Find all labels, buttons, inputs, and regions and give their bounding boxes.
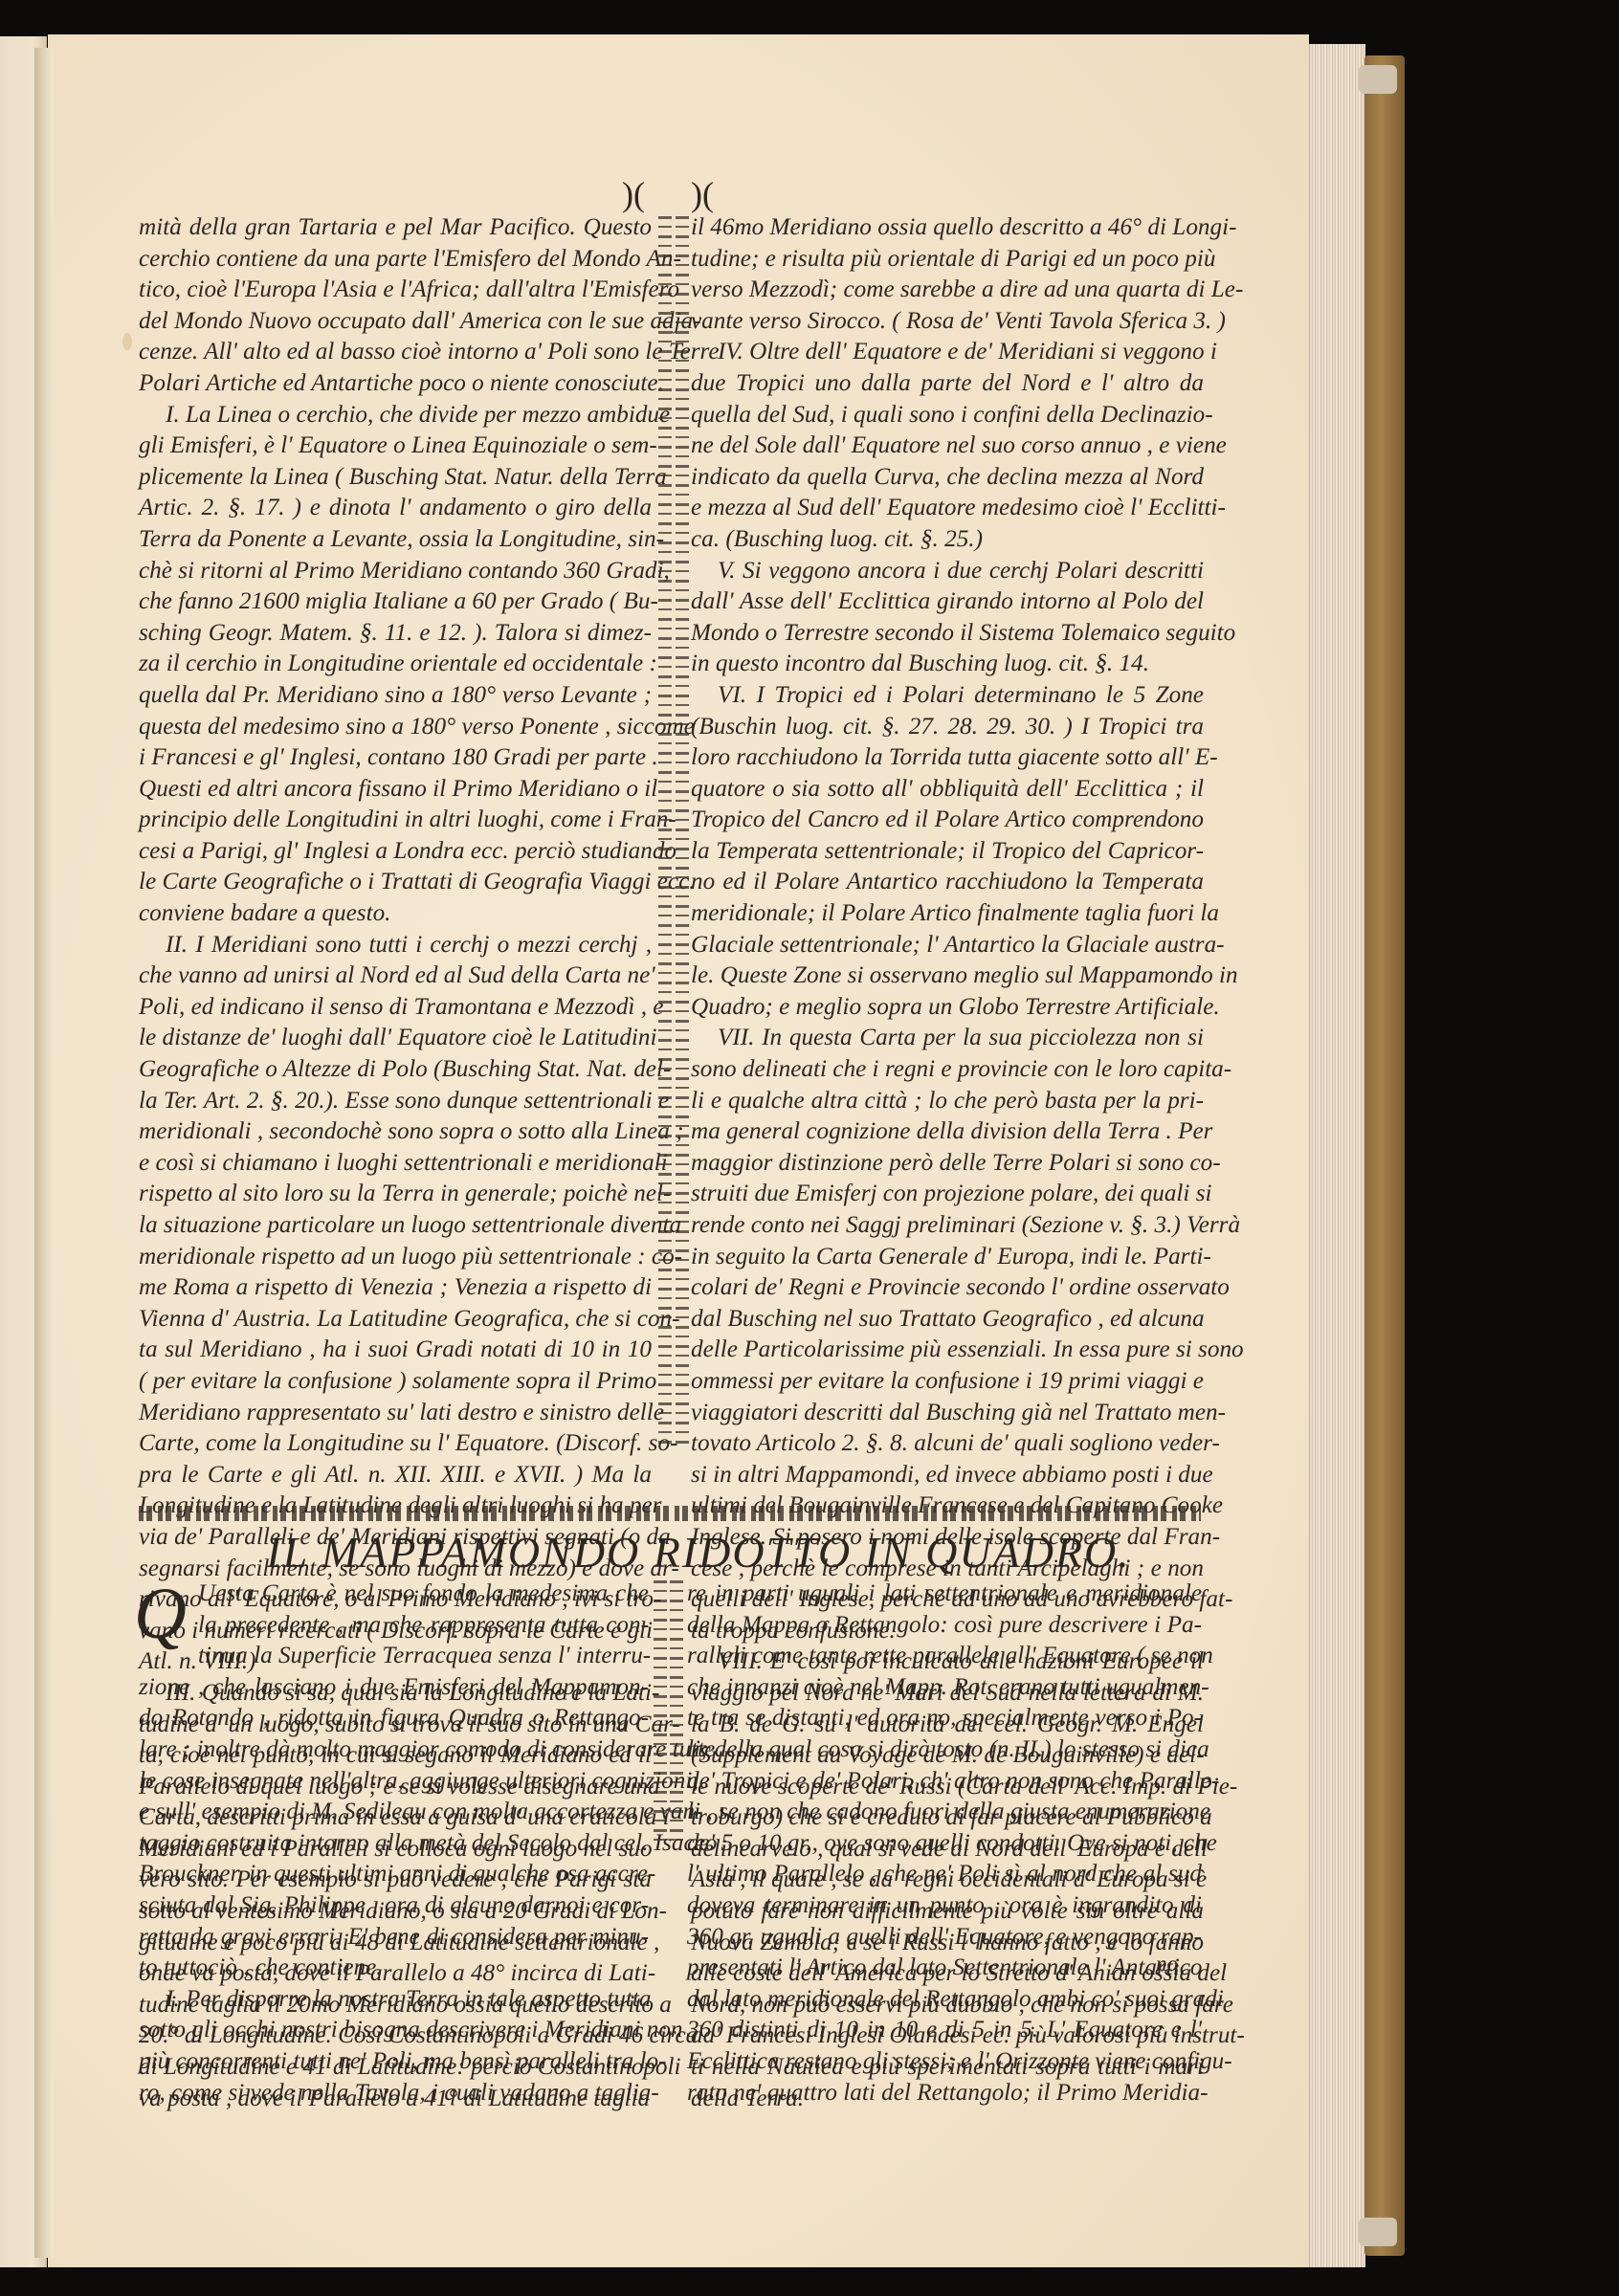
text-line: meridionale rispetto ad un luogo più set… bbox=[139, 1242, 652, 1273]
vertical-ornament-rule bbox=[654, 1580, 667, 1848]
text-line: si in altri Mappamondi, ed invece abbiam… bbox=[691, 1460, 1204, 1491]
text-line: re in parti uguali i lati settentrionale… bbox=[687, 1578, 1202, 1610]
text-line: Mondo o Terrestre secondo il Sistema Tol… bbox=[691, 618, 1204, 650]
text-line: che vanno ad unirsi al Nord ed al Sud de… bbox=[139, 960, 652, 992]
text-line: I. La Linea o cerchio, che divide per me… bbox=[139, 400, 652, 431]
text-line: I. Per disporre la nostra Terra in tale … bbox=[139, 1984, 649, 2016]
vertical-ornament-rule bbox=[658, 216, 672, 1446]
text-line: meridionali , secondochè sono sopra o so… bbox=[139, 1116, 652, 1148]
text-line: te tra se distanti, ed ora no, specialme… bbox=[687, 1703, 1202, 1734]
text-line: viaggiatori descritti dal Busching già n… bbox=[691, 1398, 1204, 1429]
leather-binding bbox=[1364, 55, 1405, 2256]
text-line: 360 gr. uguali a quelli dell' Equatore, … bbox=[687, 1922, 1202, 1954]
text-line: dal Busching nel suo Trattato Geografico… bbox=[691, 1304, 1204, 1336]
binding-headcap bbox=[1359, 65, 1397, 94]
text-line: ta sul Meridiano , ha i suoi Gradi notat… bbox=[139, 1335, 652, 1366]
text-line: tovato Articolo 2. §. 8. alcuni de' qual… bbox=[691, 1428, 1204, 1460]
text-line: li; della qual cosa si dirà tosto (n. II… bbox=[687, 1734, 1202, 1766]
text-line: plicemente la Linea ( Busching Stat. Nat… bbox=[139, 462, 652, 494]
text-line: to tuttociò , che contiene. bbox=[139, 1953, 649, 1984]
text-line: indicato da quella Curva, che declina me… bbox=[691, 462, 1204, 494]
text-line: sciuta dal Sig. Philippe , ora di alcune… bbox=[139, 1890, 649, 1922]
text-line: ro, come si vede nella Tavola, i quali v… bbox=[139, 2078, 649, 2109]
text-line: II. I Meridiani sono tutti i cerchj o me… bbox=[139, 930, 652, 961]
text-line: ne del Sole dall' Equatore nel suo corso… bbox=[691, 430, 1204, 462]
text-line: cesi a Parigi, gl' Inglesi a Londra ecc.… bbox=[139, 836, 652, 868]
text-line: li e qualche altra città ; lo che però b… bbox=[691, 1086, 1204, 1117]
text-line: tinua la Superficie Terracquea senza l' … bbox=[139, 1641, 649, 1672]
text-line: la Ter. Art. 2. §. 20.). Esse sono dunqu… bbox=[139, 1086, 652, 1117]
text-line: che innanzi cioè nel Mapp. Rot. erano tu… bbox=[687, 1672, 1202, 1704]
text-line: cerchio contiene da una parte l'Emisfero… bbox=[139, 244, 652, 276]
text-line: doveva terminare in un punto , ora è ing… bbox=[687, 1890, 1202, 1922]
text-line: principio delle Longitudini in altri luo… bbox=[139, 805, 652, 836]
text-line: rende conto nei Saggj preliminari (Sezio… bbox=[691, 1210, 1204, 1242]
text-line: le distanze de' luoghi dall' Equatore ci… bbox=[139, 1023, 652, 1054]
text-line: mità della gran Tartaria e pel Mar Pacif… bbox=[139, 212, 652, 244]
text-line: loro racchiudono la Torrida tutta giacen… bbox=[691, 742, 1204, 774]
text-line: quella del Sud, i quali sono i confini d… bbox=[691, 400, 1204, 431]
text-line: e così si chiamano i luoghi settentriona… bbox=[139, 1148, 652, 1180]
text-line: zione , che lasciano i due Emisferi del … bbox=[139, 1672, 649, 1704]
text-line: Terra da Ponente a Levante, ossia la Lon… bbox=[139, 524, 652, 556]
text-line: che fanno 21600 miglia Italiane a 60 per… bbox=[139, 586, 652, 618]
text-line: Ecclittica restano gli stessi; e l' Oriz… bbox=[687, 2046, 1202, 2078]
text-line: Poli, ed indicano il senso di Tramontana… bbox=[139, 992, 652, 1024]
text-line: quella dal Pr. Meridiano sino a 180° ver… bbox=[139, 680, 652, 712]
text-line: quatore o sia sotto all' obbliquità dell… bbox=[691, 774, 1204, 806]
text-line: la Temperata settentrionale; il Tropico … bbox=[691, 836, 1204, 868]
text-line: le. Queste Zone si osservano meglio sul … bbox=[691, 960, 1204, 992]
text-line: i Francesi e gl' Inglesi, contano 180 Gr… bbox=[139, 742, 652, 774]
vertical-ornament-rule bbox=[676, 216, 689, 1446]
text-line: Glaciale settentrionale; l' Antartico la… bbox=[691, 930, 1204, 961]
page-stack-edge bbox=[1309, 44, 1365, 2267]
text-line: (Buschin luog. cit. §. 27. 28. 29. 30. )… bbox=[691, 712, 1204, 743]
text-line: le cose insegnate nell'altra, aggiunge u… bbox=[139, 1766, 649, 1798]
text-line: e mezza al Sud dell' Equatore medesimo c… bbox=[691, 493, 1204, 524]
text-line: taggio costruita intorno alla metà del S… bbox=[139, 1828, 649, 1860]
text-line: ralleli come tante rette parallele all' … bbox=[687, 1641, 1202, 1672]
text-line: della Mappa o Rettangolo: così pure desc… bbox=[687, 1610, 1202, 1642]
text-line: Quadro; e meglio sopra un Globo Terrestr… bbox=[691, 992, 1204, 1024]
text-line: e sull' esempio di M. Sedileau con molta… bbox=[139, 1797, 649, 1828]
text-line: li , se non che cadono fuori della giust… bbox=[687, 1797, 1202, 1828]
text-line: retta da gravi errori. E' bene di consid… bbox=[139, 1922, 649, 1954]
binding-tailcap bbox=[1359, 2218, 1397, 2246]
text-line: struiti due Emisferj con projezione pola… bbox=[691, 1179, 1204, 1210]
text-line: in questo incontro dal Busching luog. ci… bbox=[691, 649, 1204, 680]
text-line: IV. Oltre dell' Equatore e de' Meridiani… bbox=[691, 337, 1204, 368]
text-line: l' ultimo Parallelo , che ne' Poli sì al… bbox=[687, 1859, 1202, 1890]
text-line: delle Particolarissime più essenziali. I… bbox=[691, 1335, 1204, 1366]
text-line: de' Tropici e de' Polari, ch' altro non … bbox=[687, 1766, 1202, 1798]
catchword: no bbox=[1156, 1952, 1178, 1976]
text-line: il 46mo Meridiano ossia quello descritto… bbox=[691, 212, 1204, 244]
text-line: VII. In questa Carta per la sua picciole… bbox=[691, 1023, 1204, 1054]
text-line: pra le Carte e gli Atl. n. XII. XIII. e … bbox=[139, 1460, 652, 1491]
page-gutter bbox=[34, 48, 54, 2258]
text-line: tico, cioè l'Europa l'Asia e l'Africa; d… bbox=[139, 275, 652, 306]
text-line: za il cerchio in Longitudine orientale e… bbox=[139, 649, 652, 680]
text-line: ma general cognizione della division del… bbox=[691, 1116, 1204, 1148]
text-line: sching Geogr. Matem. §. 11. e 12. ). Tal… bbox=[139, 618, 652, 650]
text-line: conviene badare a questo. bbox=[139, 898, 652, 930]
text-line: V. Si veggono ancora i due cerchj Polari… bbox=[691, 556, 1204, 587]
text-line: Meridiano rappresentato su' lati destro … bbox=[139, 1398, 652, 1429]
text-line: no ed il Polare Antartico racchiudono la… bbox=[691, 867, 1204, 898]
text-line: verso Mezzodì; come sarebbe a dire ad un… bbox=[691, 275, 1204, 306]
text-line: presentati l' Artico dal lato Settentrio… bbox=[687, 1953, 1202, 1984]
text-line: do Rotondo , ridotta in figura Quadra o … bbox=[139, 1703, 649, 1734]
text-line: ( per evitare la confusione ) solamente … bbox=[139, 1366, 652, 1398]
vertical-ornament-rule bbox=[670, 1580, 683, 1848]
text-line: sotto gli occhi nostri bisogna descriver… bbox=[139, 2015, 649, 2046]
bottom-left-column: Uesta Carta è nel suo fondo la medesima … bbox=[139, 1578, 649, 2108]
text-line: la precedente , ma che rappresenta tutta… bbox=[139, 1610, 649, 1642]
text-line: tudine; e risulta più orientale di Parig… bbox=[691, 244, 1204, 276]
text-line: Vienna d' Austria. La Latitudine Geograf… bbox=[139, 1304, 652, 1336]
section-mark-right: )( bbox=[691, 174, 714, 214]
text-line: me Roma a rispetto di Venezia ; Venezia … bbox=[139, 1272, 652, 1304]
section-heading: IL MAPPAMONDO RIDOTTO IN QUADRO. bbox=[220, 1527, 1177, 1578]
text-line: sono delineati che i regni e provincie c… bbox=[691, 1054, 1204, 1086]
text-line: ca. (Busching luog. cit. §. 25.) bbox=[691, 524, 1204, 556]
text-line: cenze. All' alto ed al basso cioè intorn… bbox=[139, 337, 652, 368]
text-line: la situazione particolare un luogo sette… bbox=[139, 1210, 652, 1242]
text-line: Geografiche o Altezze di Polo (Busching … bbox=[139, 1054, 652, 1086]
text-line: rispetto al sito loro su la Terra in gen… bbox=[139, 1179, 652, 1210]
text-line: chè si ritorni al Primo Meridiano contan… bbox=[139, 556, 652, 587]
text-line: Brouckner, in questi ultimi anni di qual… bbox=[139, 1859, 649, 1890]
text-line: Uesta Carta è nel suo fondo la medesima … bbox=[139, 1578, 649, 1610]
horizontal-ornament-rule bbox=[139, 1506, 1201, 1521]
bottom-right-column: re in parti uguali i lati settentrionale… bbox=[687, 1578, 1202, 2108]
text-line: del Mondo Nuovo occupato dall' America c… bbox=[139, 306, 652, 338]
text-line: dal lato meridionale del Rettangolo ambi… bbox=[687, 1984, 1202, 2016]
text-line: Polari Artiche ed Antartiche poco o nien… bbox=[139, 368, 652, 400]
text-line: questa del medesimo sino a 180° verso Po… bbox=[139, 712, 652, 743]
text-line: maggior distinzione però delle Terre Pol… bbox=[691, 1148, 1204, 1180]
paper-stain bbox=[122, 333, 132, 350]
text-line: meridionale; il Polare Artico finalmente… bbox=[691, 898, 1204, 930]
text-line: in seguito la Carta Generale d' Europa, … bbox=[691, 1242, 1204, 1273]
text-line: gli Emisferi, è l' Equatore o Linea Equi… bbox=[139, 430, 652, 462]
text-line: Carte, come la Longitudine su l' Equator… bbox=[139, 1428, 652, 1460]
text-line: vante verso Sirocco. ( Rosa de' Venti Ta… bbox=[691, 306, 1204, 338]
text-line: Questi ed altri ancora fissano il Primo … bbox=[139, 774, 652, 806]
text-line: VI. I Tropici ed i Polari determinano le… bbox=[691, 680, 1204, 712]
text-line: più concorrenti tutti ne' Poli, ma bensì… bbox=[139, 2046, 649, 2078]
text-line: ommessi per evitare la confusione i 19 p… bbox=[691, 1366, 1204, 1398]
text-line: dall' Asse dell' Ecclittica girando into… bbox=[691, 586, 1204, 618]
text-line: lare ; inoltre dà molto maggior comodo d… bbox=[139, 1734, 649, 1766]
text-line: Tropico del Cancro ed il Polare Artico c… bbox=[691, 805, 1204, 836]
section-mark-left: )( bbox=[622, 174, 645, 214]
text-line: rato ne' quattro lati del Rettangolo; il… bbox=[687, 2078, 1202, 2109]
text-line: due Tropici uno dalla parte del Nord e l… bbox=[691, 368, 1204, 400]
text-line: Artic. 2. §. 17. ) e dinota l' andamento… bbox=[139, 493, 652, 524]
text-line: le Carte Geografiche o i Trattati di Geo… bbox=[139, 867, 652, 898]
text-line: de' 5 o 10 gr., ove sono quelli condotti… bbox=[687, 1828, 1202, 1860]
text-line: colari de' Regni e Provincie secondo l' … bbox=[691, 1272, 1204, 1304]
text-line: 360 distinti di 10 in 10 e di 5 in 5. L'… bbox=[687, 2015, 1202, 2046]
